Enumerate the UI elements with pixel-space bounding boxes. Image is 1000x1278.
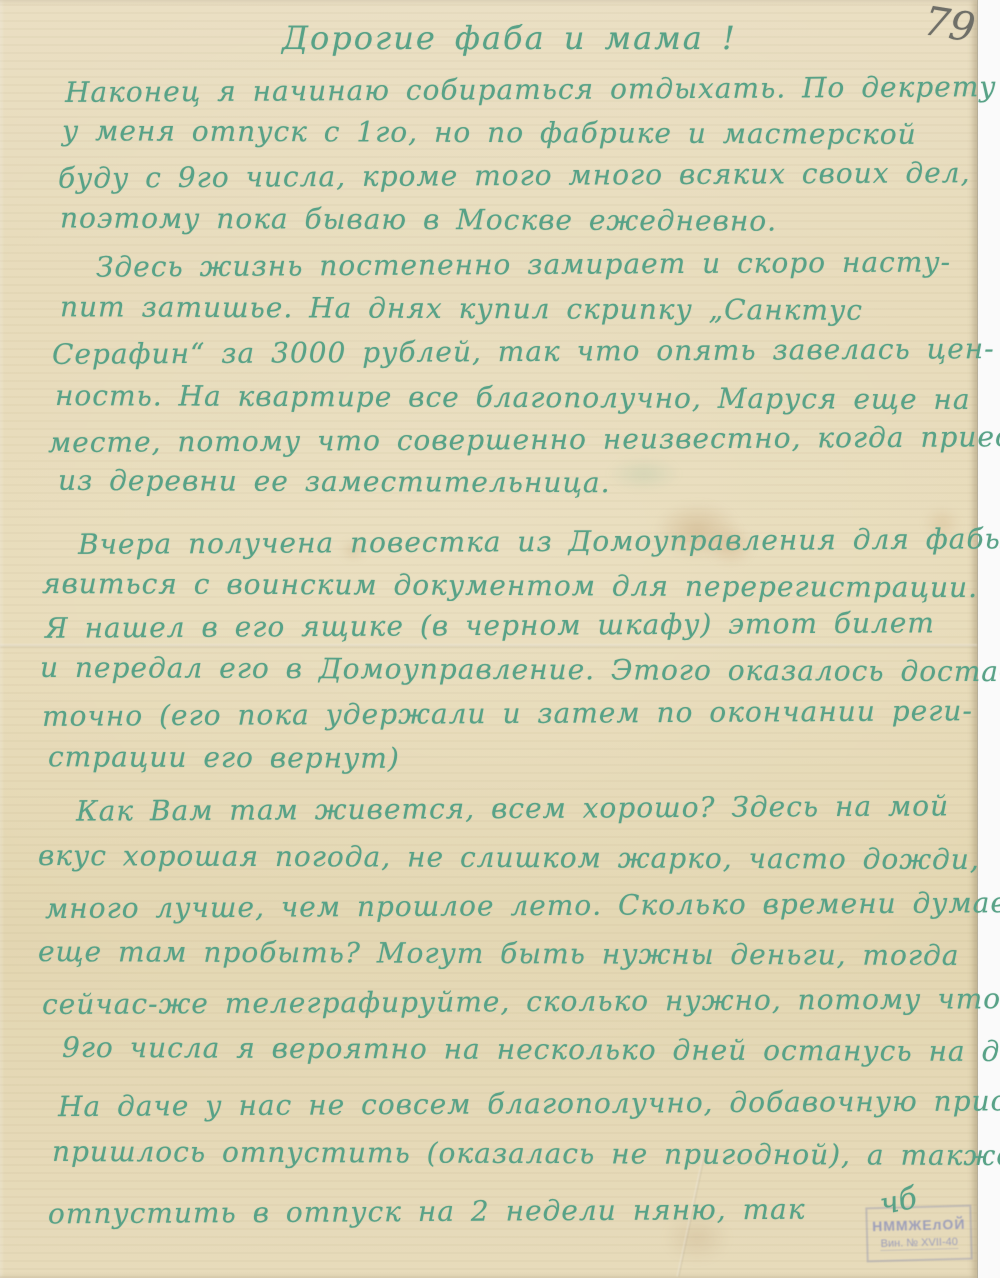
letter-line: страции его вернут)	[48, 743, 400, 773]
letter-paper: 79 Дорогие фаба и мама ! Наконец я начин…	[0, 0, 978, 1278]
letter-line: сейчас-же телеграфируйте, сколько нужно,…	[42, 985, 1000, 1019]
letter-line: точно (его пока удержали и затем по окон…	[42, 697, 973, 731]
stamp-text-line2: Вин. № XVII-40	[880, 1236, 958, 1251]
letter-line: Как Вам там живется, всем хорошо? Здесь …	[76, 792, 949, 825]
letter-line: Наконец я начинаю собираться отдыхать. П…	[65, 73, 997, 107]
letter-line: явиться с воинским документом для перере…	[42, 570, 978, 602]
letter-line: 9го числа я вероятно на несколько дней о…	[62, 1034, 1000, 1066]
fold-crease	[0, 644, 977, 648]
letter-line: ность. На квартире все благополучно, Мар…	[55, 382, 971, 414]
letter-line: из деревни ее заместительница.	[58, 467, 611, 497]
letter-line: Здесь жизнь постепенно замирает и скоро …	[96, 248, 951, 281]
page-number: 79	[921, 0, 978, 52]
letter-line: поэтому пока бываю в Москве ежедневно.	[60, 204, 777, 235]
letter-line: вкус хорошая погода, не слишком жарко, ч…	[38, 842, 980, 874]
letter-heading: Дорогие фаба и мама !	[282, 22, 737, 54]
letter-line: пришлось отпустить (оказалась не пригодн…	[52, 1138, 1000, 1170]
letter-line: и передал его в Домоуправление. Этого ок…	[40, 654, 1000, 686]
letter-line: много лучше, чем прошлое лето. Сколько в…	[45, 889, 1000, 923]
letter-line: отпустить в отпуск на 2 недели няню, так	[48, 1196, 806, 1229]
letter-line: Я нашел в его ящике (в черном шкафу) это…	[45, 609, 935, 642]
letter-line: Вчера получена повестка из Домоуправлени…	[78, 525, 1000, 559]
letter-line: еще там пробыть? Могут быть нужны деньги…	[38, 938, 960, 970]
letter-line: Серафин“ за 3000 рублей, так что опять з…	[52, 335, 995, 369]
letter-line: у меня отпуск с 1го, но по фабрике и мас…	[62, 117, 917, 149]
letter-line: месте, потому что совершенно неизвестно,…	[48, 423, 1000, 457]
letter-line: буду с 9го числа, кроме того много всяки…	[58, 159, 971, 193]
letter-line: пит затишье. На днях купил скрипку „Санк…	[60, 293, 863, 325]
letter-line: На даче у нас не совсем благополучно, до…	[58, 1087, 1000, 1121]
